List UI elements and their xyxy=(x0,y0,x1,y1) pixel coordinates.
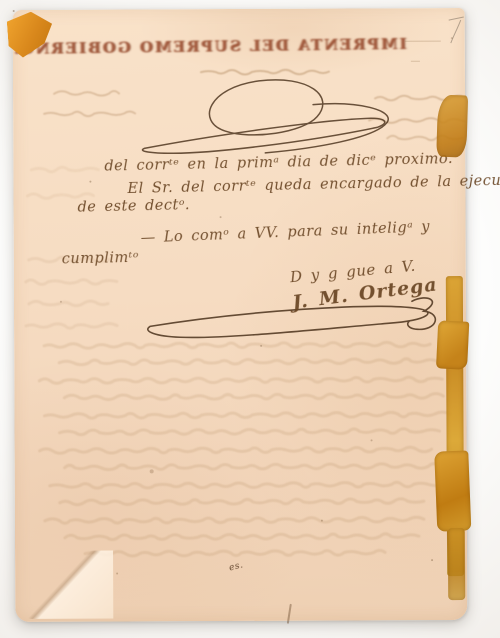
manuscript-line: cumplimᵗᵒ xyxy=(62,250,140,268)
tape-remnant-right-upper xyxy=(436,95,468,158)
ink-flourishes xyxy=(13,8,468,622)
tape-blob-right-lower xyxy=(434,450,471,531)
pencil-mark xyxy=(449,17,464,43)
tape-blob-right-middle xyxy=(436,320,469,369)
manuscript-line: de este dectᵒ. xyxy=(77,197,190,215)
faint-dash-marks xyxy=(405,41,441,61)
top-paraph-flourish xyxy=(142,79,388,153)
manuscript-page: IMPRENTA DEL SUPREMO GOBIERNO. d xyxy=(13,8,468,622)
foxing-specks xyxy=(13,10,15,12)
tape-strip-right-bottom xyxy=(448,528,465,600)
folded-corner-bottom-left xyxy=(17,551,113,619)
photo-backdrop: IMPRENTA DEL SUPREMO GOBIERNO. d xyxy=(0,0,500,638)
signature-underline-flourish xyxy=(148,298,436,338)
